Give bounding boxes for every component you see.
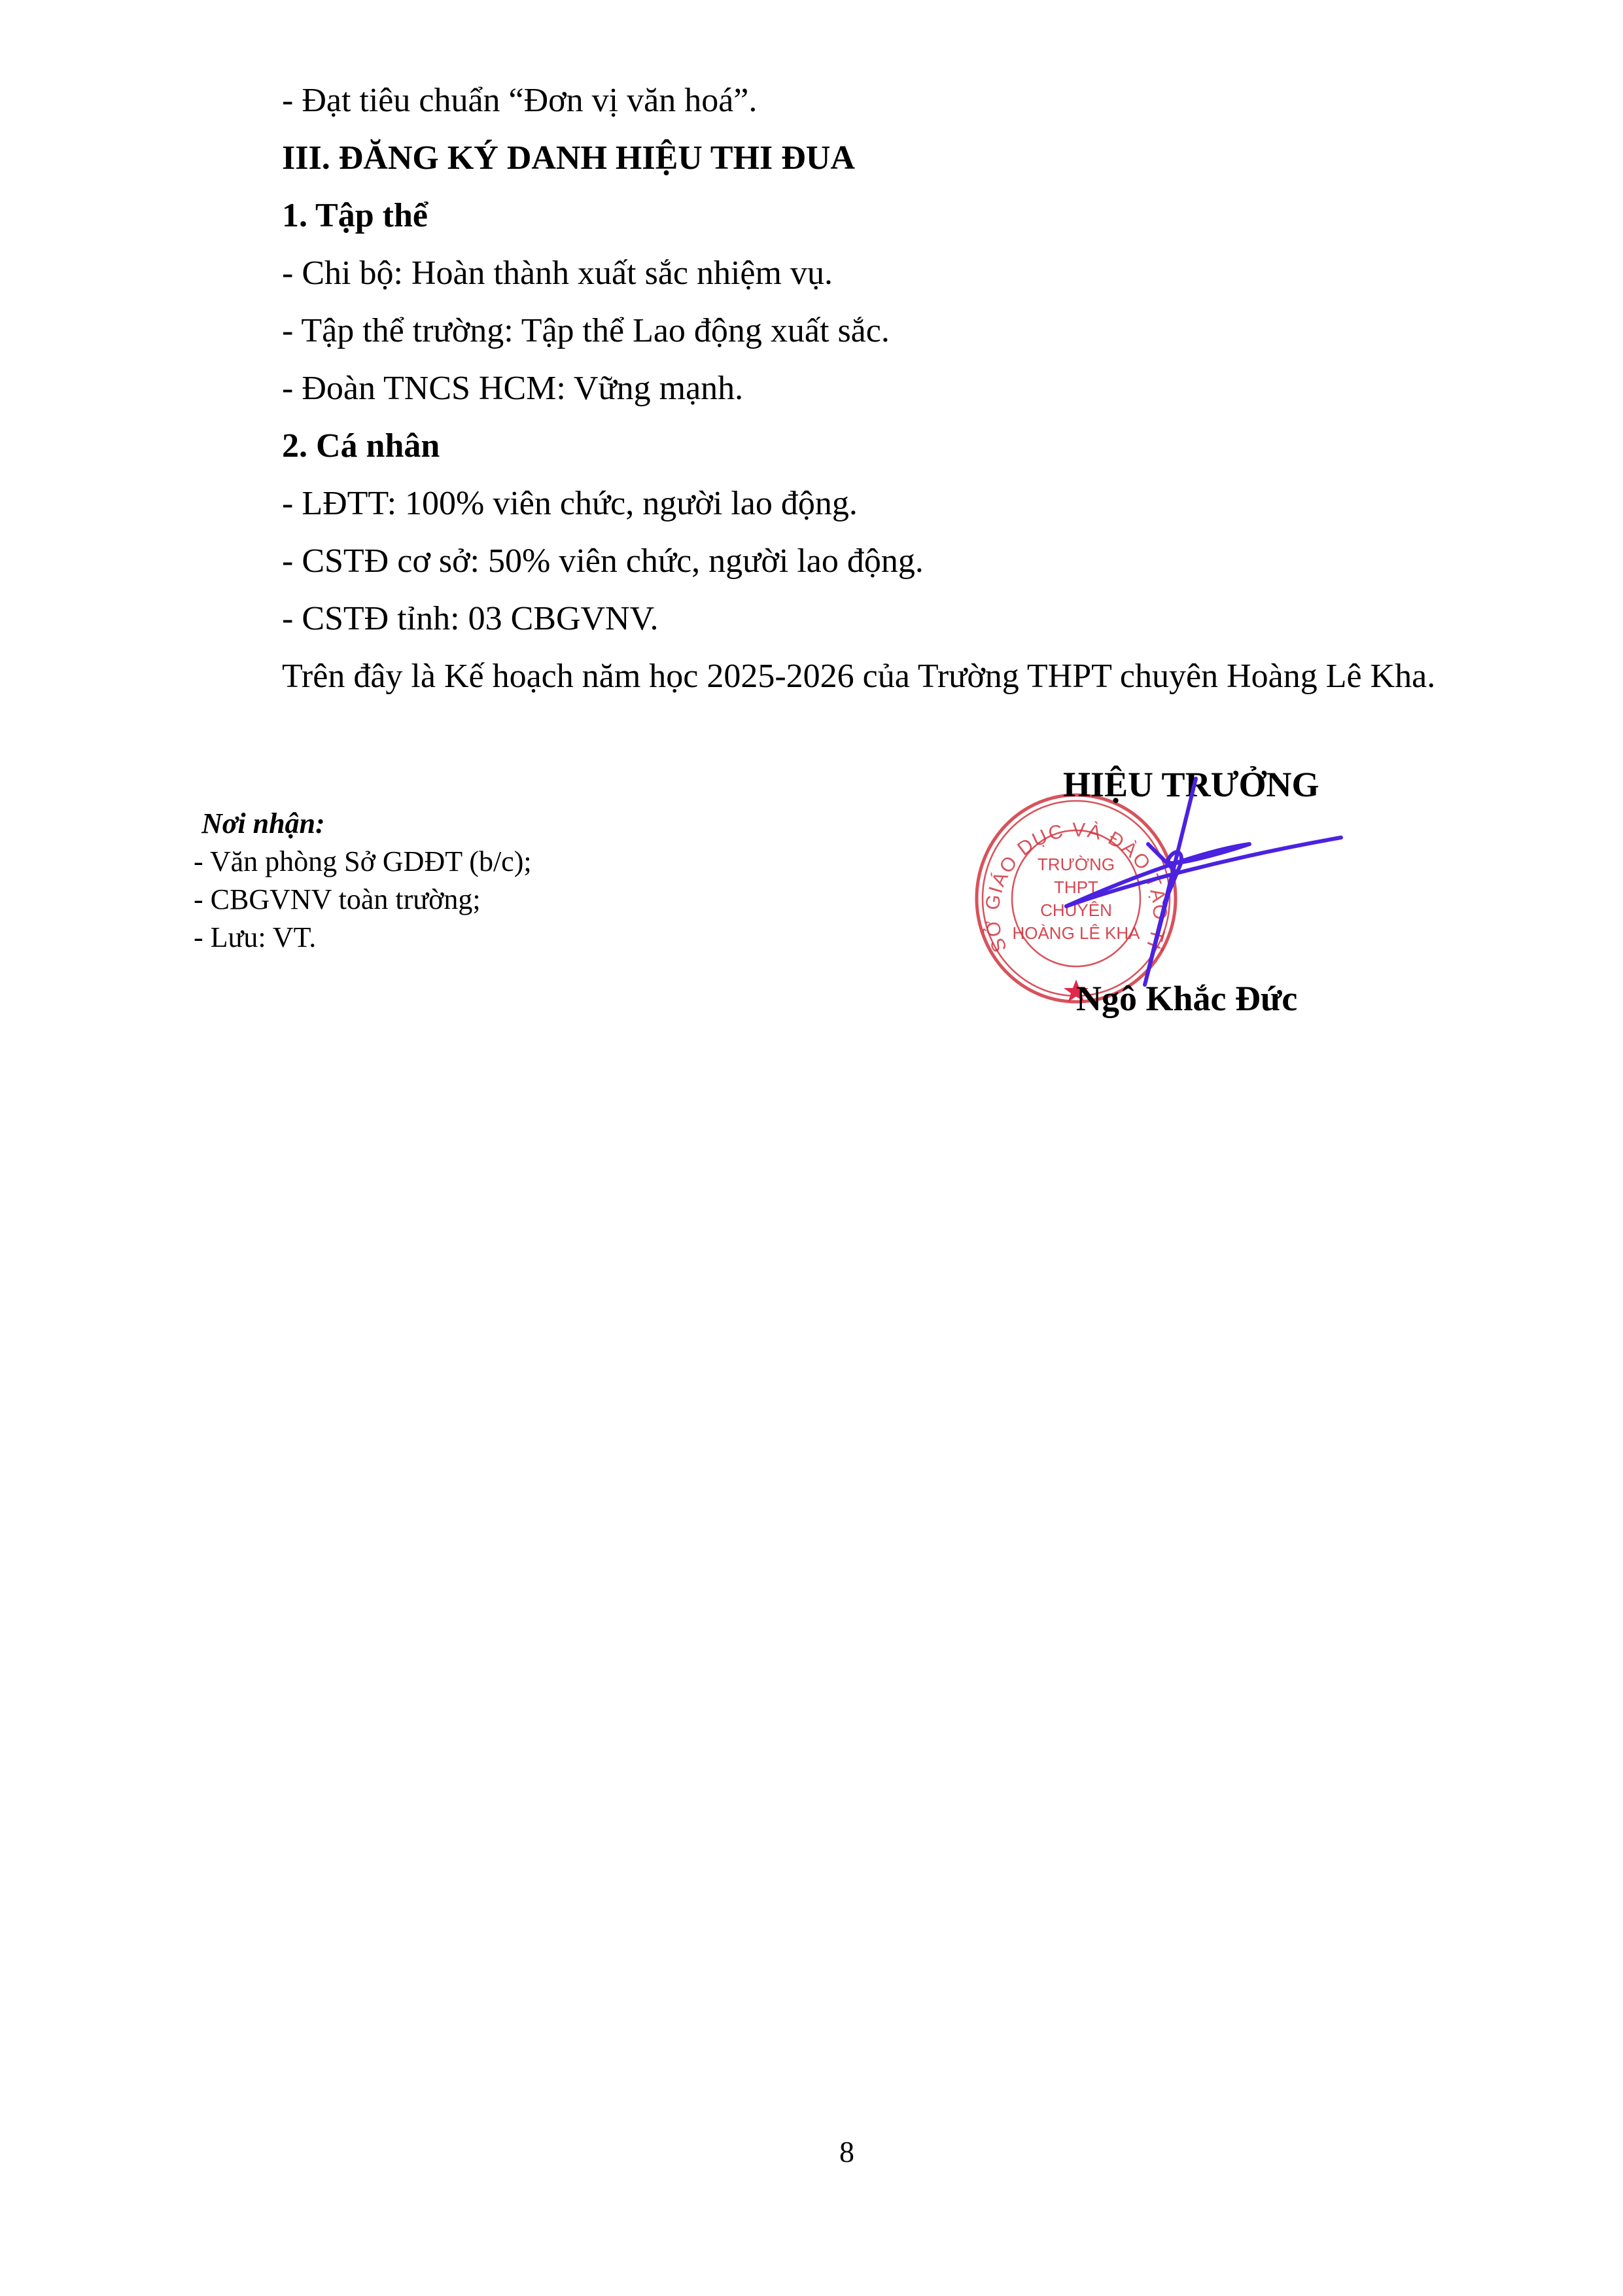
handwritten-signature-icon — [1034, 772, 1348, 995]
body-line-ldtt: - LĐTT: 100% viên chức, người lao động. — [282, 487, 858, 521]
body-line-culture-standard: - Đạt tiêu chuẩn “Đơn vị văn hoá”. — [282, 84, 757, 118]
recipient-item: - CBGVNV toàn trường; — [194, 881, 532, 919]
body-line-school-collective: - Tập thể trường: Tập thể Lao động xuất … — [282, 314, 890, 348]
recipients-title: Nơi nhận: — [194, 805, 532, 843]
page-number: 8 — [839, 2134, 854, 2169]
body-line-party-cell: - Chi bộ: Hoàn thành xuất sắc nhiệm vụ. — [282, 256, 833, 291]
subheading-individual: 2. Cá nhân — [282, 429, 440, 463]
recipient-item: - Văn phòng Sở GDĐT (b/c); — [194, 843, 532, 881]
recipient-item: - Lưu: VT. — [194, 919, 532, 957]
body-line-cstd-province: - CSTĐ tỉnh: 03 CBGVNV. — [282, 602, 658, 636]
body-line-cstd-base: - CSTĐ cơ sở: 50% viên chức, người lao đ… — [282, 544, 924, 578]
signatory-name: Ngô Khắc Đức — [1076, 978, 1297, 1019]
closing-statement: Trên đây là Kế hoạch năm học 2025-2026 c… — [282, 660, 1435, 694]
body-line-youth-union: - Đoàn TNCS HCM: Vững mạnh. — [282, 372, 743, 406]
subheading-collective: 1. Tập thể — [282, 199, 428, 233]
section-heading-emulation-titles: III. ĐĂNG KÝ DANH HIỆU THI ĐUA — [282, 141, 855, 175]
recipients-block: Nơi nhận: - Văn phòng Sở GDĐT (b/c); - C… — [194, 805, 532, 957]
